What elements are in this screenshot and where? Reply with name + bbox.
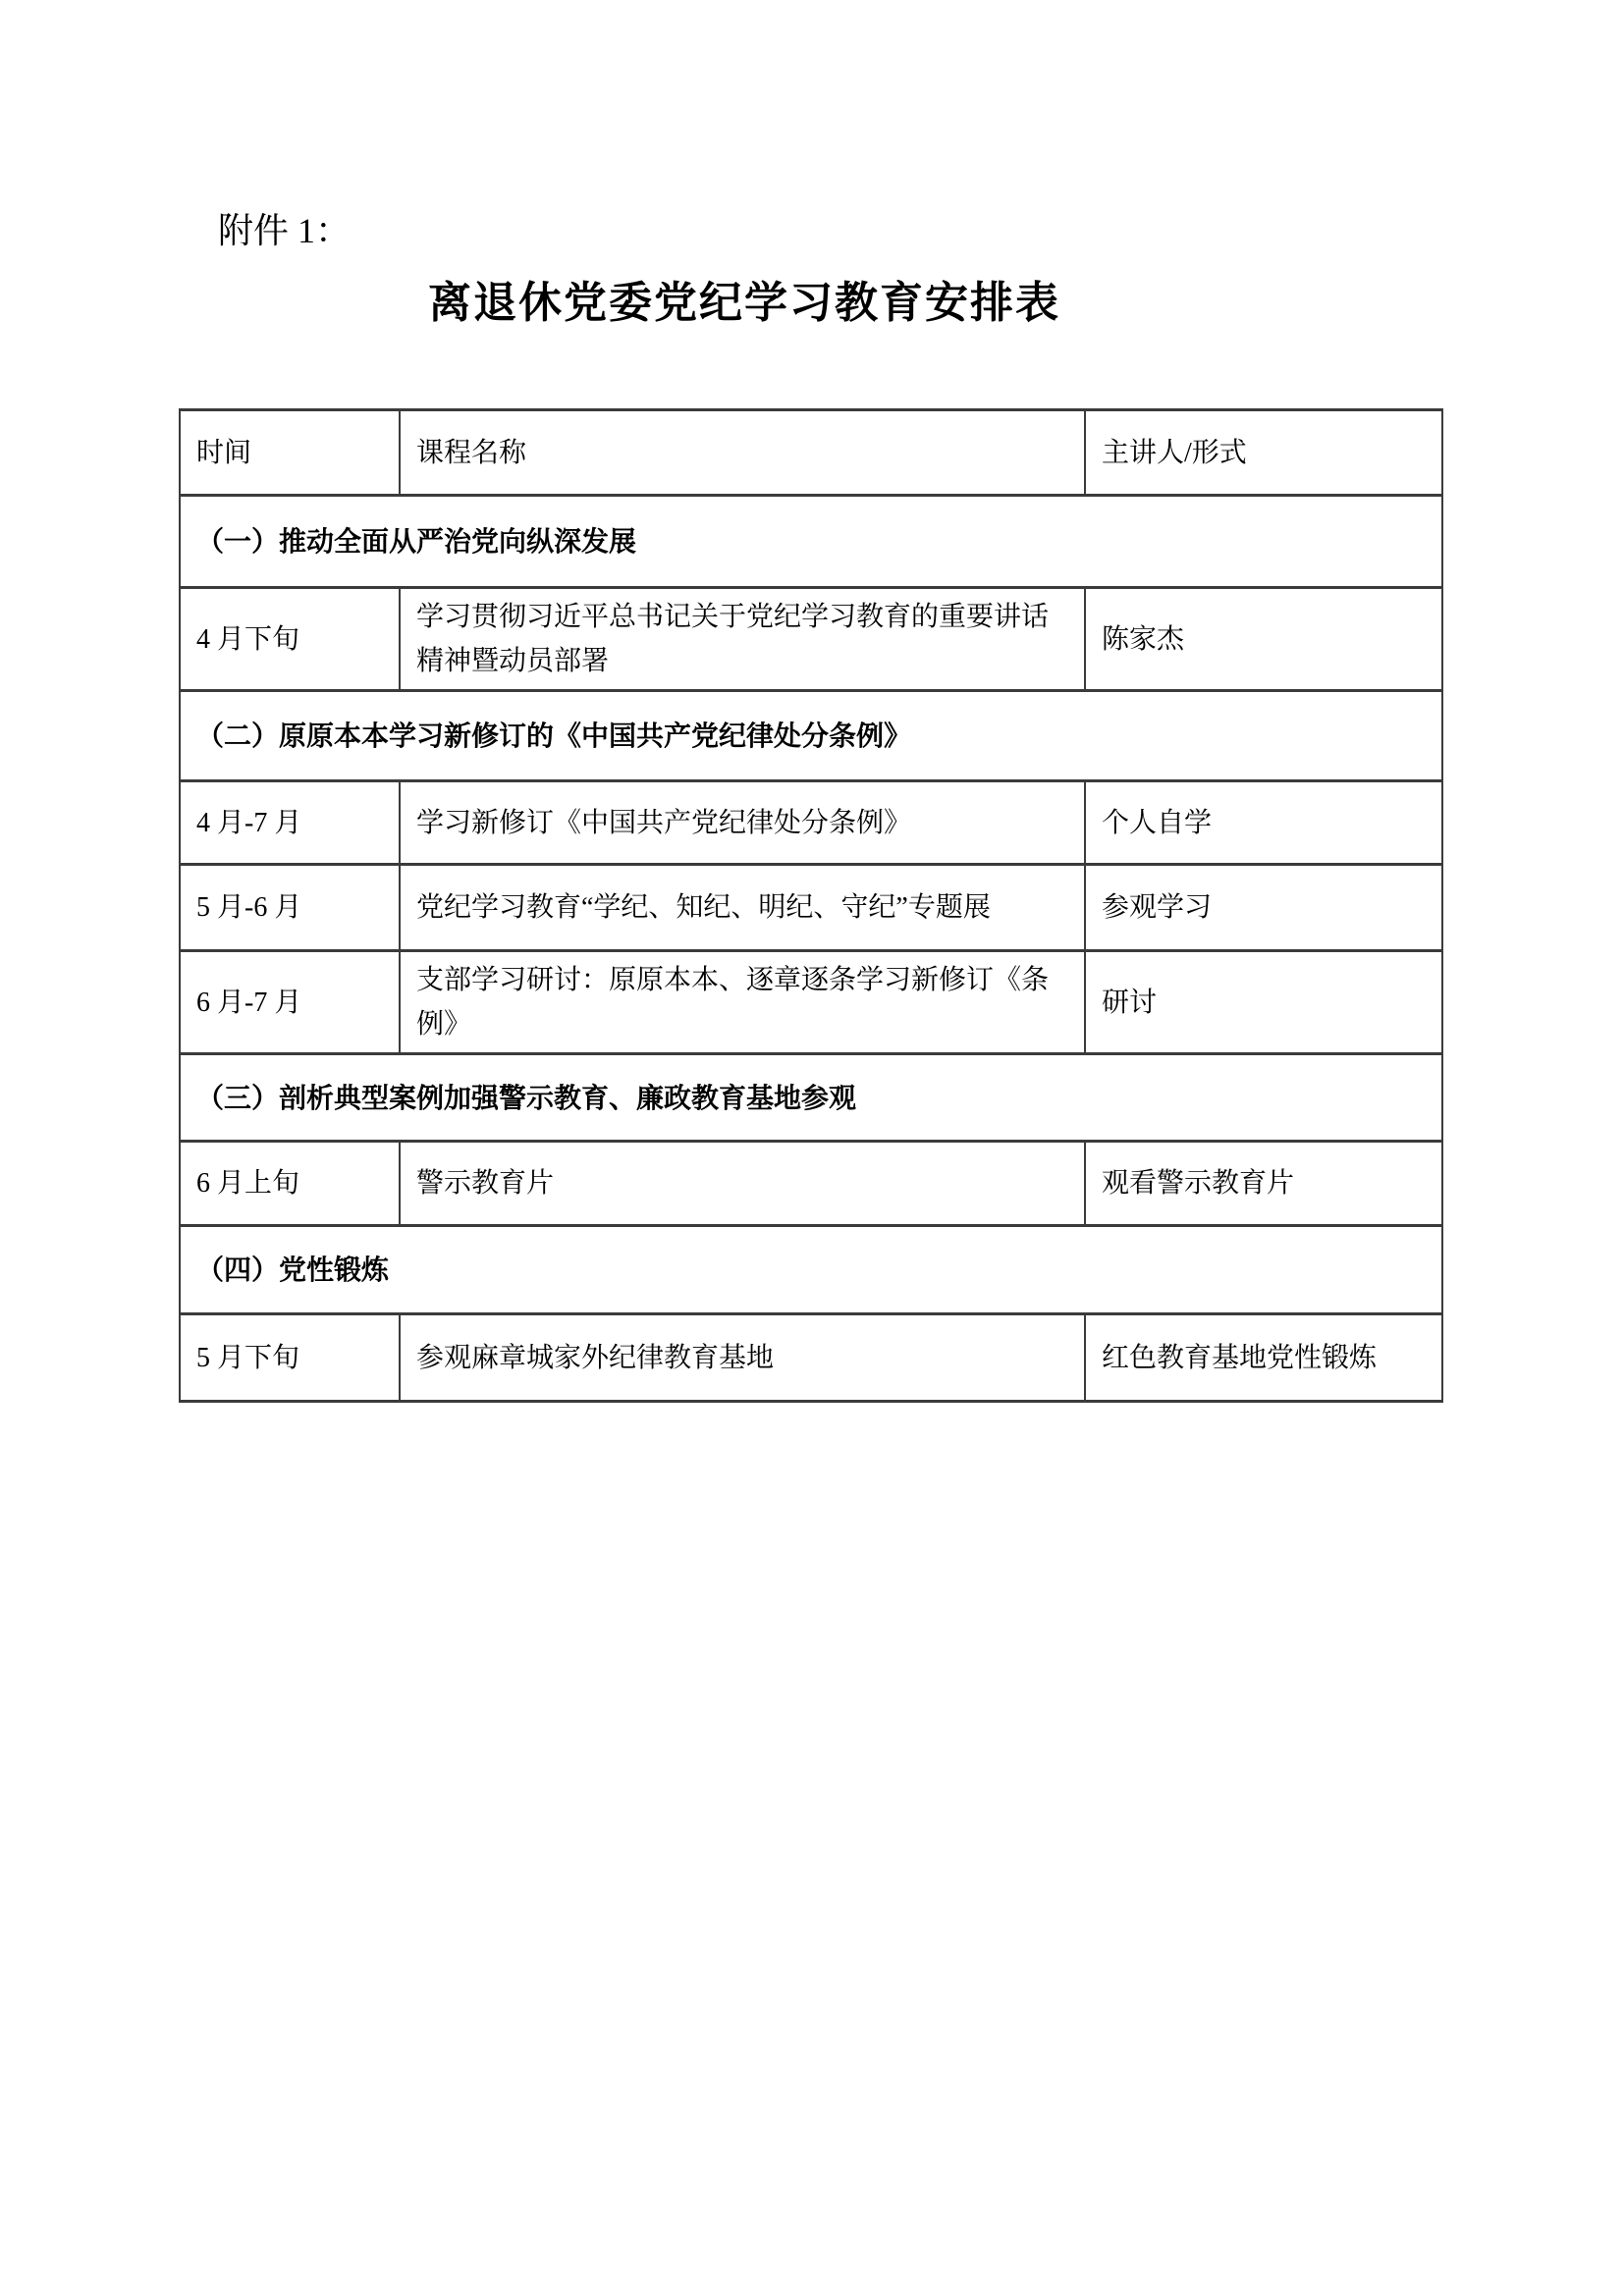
table-row: 4 月-7 月 学习新修订《中国共产党纪律处分条例》 个人自学 [180,781,1442,865]
time-cell: 4 月-7 月 [180,781,400,865]
table-row: 5 月-6 月 党纪学习教育“学纪、知纪、明纪、守纪”专题展 参观学习 [180,865,1442,951]
attachment-label: 附件 1： [218,208,351,253]
course-cell: 参观麻章城家外纪律教育基地 [400,1314,1085,1402]
time-cell: 6 月-7 月 [180,951,400,1054]
table-row: 5 月下旬 参观麻章城家外纪律教育基地 红色教育基地党性锻炼 [180,1314,1442,1402]
speaker-cell: 观看警示教育片 [1085,1142,1442,1226]
column-header-course: 课程名称 [400,410,1085,496]
table-row: 4 月下旬 学习贯彻习近平总书记关于党纪学习教育的重要讲话精神暨动员部署 陈家杰 [180,588,1442,691]
course-cell: 学习新修订《中国共产党纪律处分条例》 [400,781,1085,865]
course-cell: 党纪学习教育“学纪、知纪、明纪、守纪”专题展 [400,865,1085,951]
section-heading-2: （二）原原本本学习新修订的《中国共产党纪律处分条例》 [180,691,1442,781]
table-row: 6 月上旬 警示教育片 观看警示教育片 [180,1142,1442,1226]
column-header-time: 时间 [180,410,400,496]
table-header-row: 时间 课程名称 主讲人/形式 [180,410,1442,496]
time-cell: 5 月下旬 [180,1314,400,1402]
speaker-cell: 参观学习 [1085,865,1442,951]
time-cell: 5 月-6 月 [180,865,400,951]
table-row: 6 月-7 月 支部学习研讨：原原本本、逐章逐条学习新修订《条例》 研讨 [180,951,1442,1054]
page-title: 离退休党委党纪学习教育安排表 [179,276,1310,331]
document-page: 附件 1： 离退休党委党纪学习教育安排表 时间 课程名称 主讲人/形式 （一）推… [0,0,1624,2296]
section-row-1: （一）推动全面从严治党向纵深发展 [180,496,1442,588]
course-cell: 学习贯彻习近平总书记关于党纪学习教育的重要讲话精神暨动员部署 [400,588,1085,691]
section-heading-4: （四）党性锻炼 [180,1226,1442,1314]
section-heading-1: （一）推动全面从严治党向纵深发展 [180,496,1442,588]
schedule-table: 时间 课程名称 主讲人/形式 （一）推动全面从严治党向纵深发展 4 月下旬 学习… [179,408,1443,1403]
section-row-3: （三）剖析典型案例加强警示教育、廉政教育基地参观 [180,1054,1442,1142]
section-heading-3: （三）剖析典型案例加强警示教育、廉政教育基地参观 [180,1054,1442,1142]
column-header-speaker: 主讲人/形式 [1085,410,1442,496]
speaker-cell: 研讨 [1085,951,1442,1054]
section-row-4: （四）党性锻炼 [180,1226,1442,1314]
section-row-2: （二）原原本本学习新修订的《中国共产党纪律处分条例》 [180,691,1442,781]
speaker-cell: 个人自学 [1085,781,1442,865]
time-cell: 4 月下旬 [180,588,400,691]
time-cell: 6 月上旬 [180,1142,400,1226]
course-cell: 支部学习研讨：原原本本、逐章逐条学习新修订《条例》 [400,951,1085,1054]
course-cell: 警示教育片 [400,1142,1085,1226]
speaker-cell: 陈家杰 [1085,588,1442,691]
speaker-cell: 红色教育基地党性锻炼 [1085,1314,1442,1402]
